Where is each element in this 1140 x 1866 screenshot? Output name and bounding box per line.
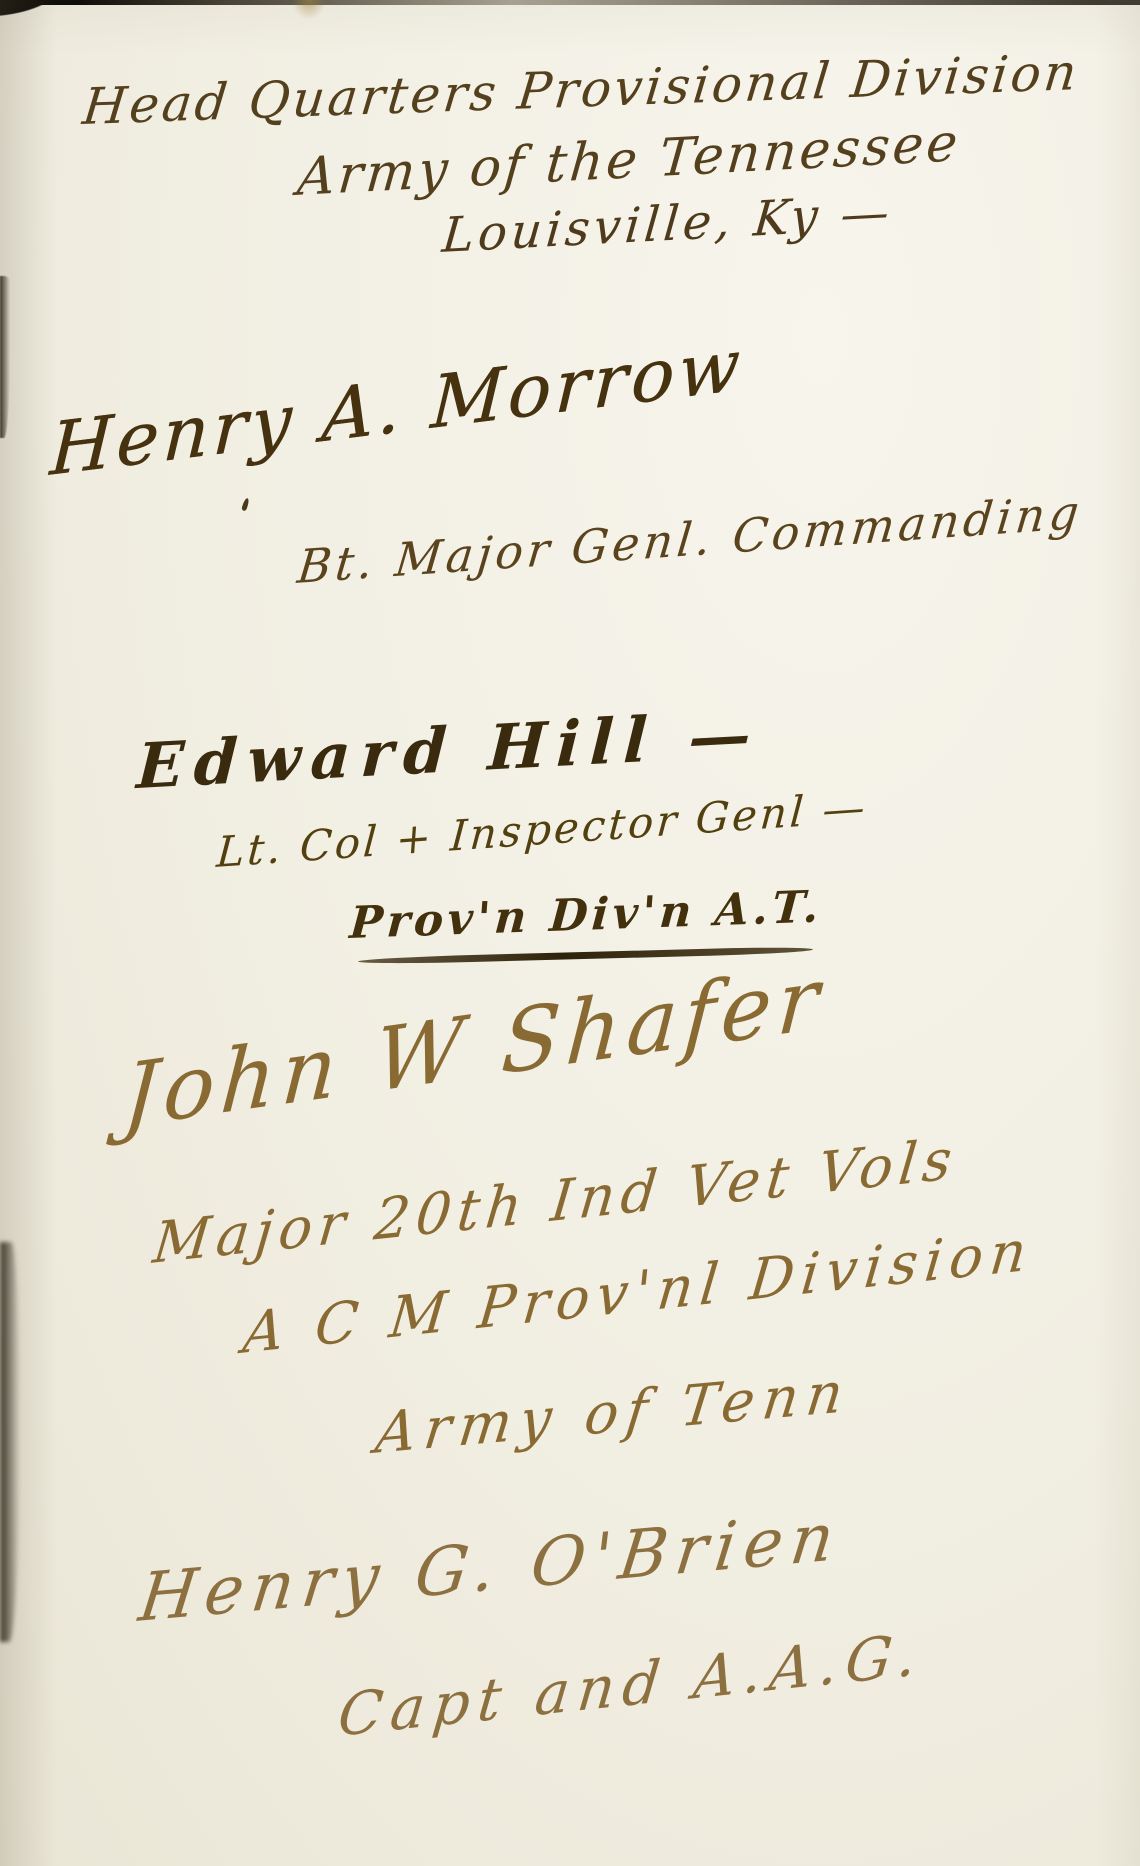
signature-john-w-shafer: John W Shafer: [120, 948, 828, 1148]
signature-edward-hill: Edward Hill —: [135, 697, 763, 803]
book-edge-corner-shadow: [0, 0, 230, 80]
signature-henry-g-obrien: Henry G. O'Brien: [135, 1497, 846, 1637]
title-obrien-rank: Capt and A.A.G.: [335, 1619, 928, 1750]
binding-shadow-upper: [0, 276, 10, 438]
title-morrow-rank: Bt. Major Genl. Commanding: [295, 485, 1085, 594]
page-top-edge-shadow: [0, 0, 1140, 5]
title-hill-rank: Lt. Col + Inspector Genl —: [215, 782, 869, 877]
title-shafer-army: Army of Tenn: [372, 1360, 855, 1467]
manuscript-page: Head Quarters Provisional Division Army …: [0, 0, 1140, 1866]
paper-stain: [292, 0, 326, 20]
signature-henry-a-morrow: Henry A. Morrow: [48, 322, 746, 492]
title-hill-division: Prov'n Div'n A.T.: [348, 881, 824, 949]
binding-shadow-lower: [0, 1242, 20, 1642]
ink-speck: [241, 498, 250, 512]
